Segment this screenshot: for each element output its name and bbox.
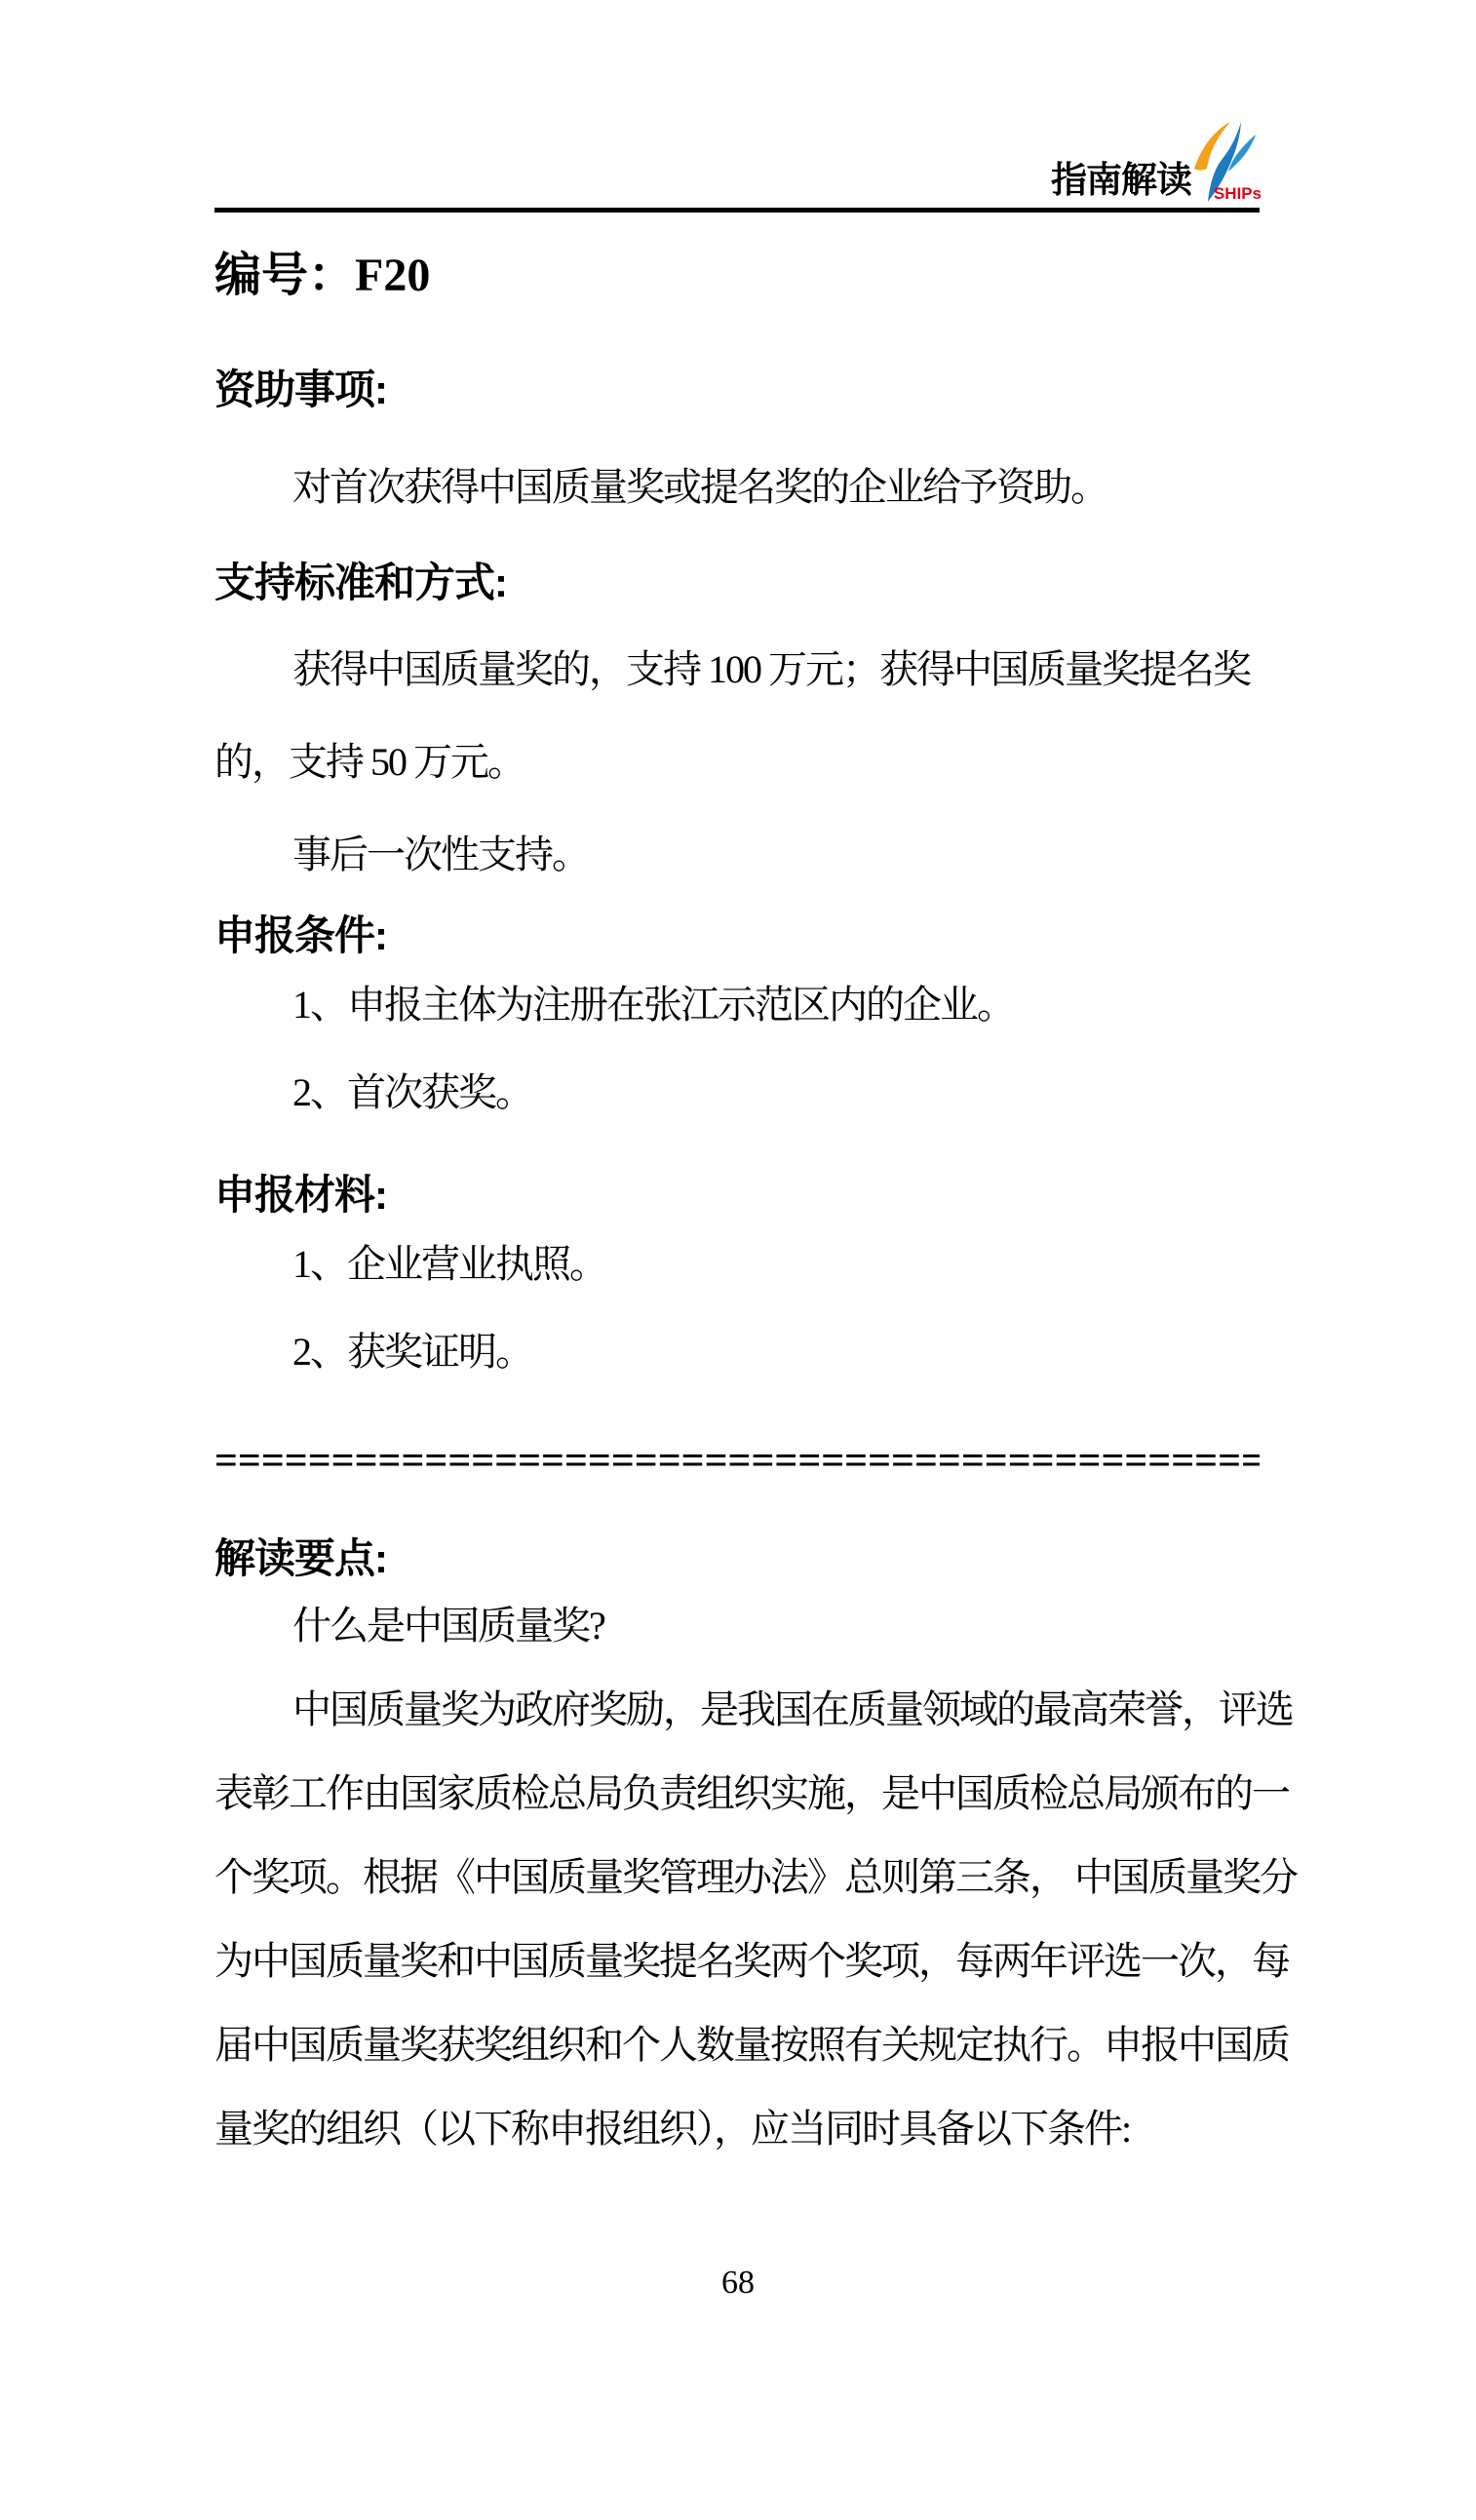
material-item-1: 1、企业营业执照。 — [214, 1221, 1260, 1308]
logo-mark: SHIPs — [1193, 122, 1260, 204]
section-heading-interpretation: 解读要点: — [214, 1533, 1260, 1584]
interpretation-line-4: 个奖项。根据《中国质量奖管理办法》总则第三条， 中国质量奖分 — [214, 1836, 1260, 1919]
doc-number-title: 编号：F20 — [214, 248, 1260, 304]
equals-separator: ========================================… — [214, 1438, 1260, 1485]
logo-subtext: SHIPs — [1214, 185, 1262, 202]
funding-body-line: 对首次获得中国质量奖或提名奖的企业给予资助。 — [214, 462, 1260, 513]
interpretation-line-5: 为中国质量奖和中国质量奖提名奖两个奖项，每两年评选一次，每 — [214, 1919, 1260, 2003]
support-note-line: 事后一次性支持。 — [214, 808, 1260, 901]
interpretation-line-3: 表彰工作由国家质检总局负责组织实施，是中国质检总局颁布的一 — [214, 1752, 1260, 1836]
support-paragraph: 获得中国质量奖的，支持 100 万元；获得中国质量奖提名奖 的，支持 50 万元… — [214, 623, 1260, 808]
logo-text: 指南解读 — [1051, 161, 1191, 200]
support-line-2: 的，支持 50 万元。 — [214, 716, 1260, 808]
section-heading-funding: 资助事项: — [214, 365, 1260, 415]
logo: 指南解读 SHIPs — [1051, 122, 1260, 204]
document-page: 指南解读 SHIPs 编号：F20 资助事项: 对首次获得中国质量奖或提名奖的企… — [0, 0, 1476, 2520]
condition-item-2: 2、首次获奖。 — [214, 1049, 1260, 1137]
interpretation-line-1: 什么是中国质量奖? — [214, 1584, 1260, 1668]
interpretation-line-7: 量奖的组织（以下称申报组织），应当同时具备以下条件: — [214, 2087, 1260, 2171]
document-content: 编号：F20 资助事项: 对首次获得中国质量奖或提名奖的企业给予资助。 支持标准… — [214, 248, 1260, 2171]
section-heading-conditions: 申报条件: — [214, 911, 1260, 961]
section-heading-materials: 申报材料: — [214, 1170, 1260, 1221]
section-heading-support: 支持标准和方式: — [214, 558, 1260, 608]
support-line-1: 获得中国质量奖的，支持 100 万元；获得中国质量奖提名奖 — [214, 623, 1260, 716]
page-number: 68 — [0, 2264, 1476, 2303]
interpretation-line-2: 中国质量奖为政府奖励，是我国在质量领域的最高荣誉，评选 — [214, 1668, 1260, 1752]
interpretation-line-6: 届中国质量奖获奖组织和个人数量按照有关规定执行。申报中国质 — [214, 2003, 1260, 2087]
page-header: 指南解读 SHIPs — [214, 0, 1260, 213]
material-item-2: 2、获奖证明。 — [214, 1308, 1260, 1396]
condition-item-1: 1、申报主体为注册在张江示范区内的企业。 — [214, 961, 1260, 1049]
